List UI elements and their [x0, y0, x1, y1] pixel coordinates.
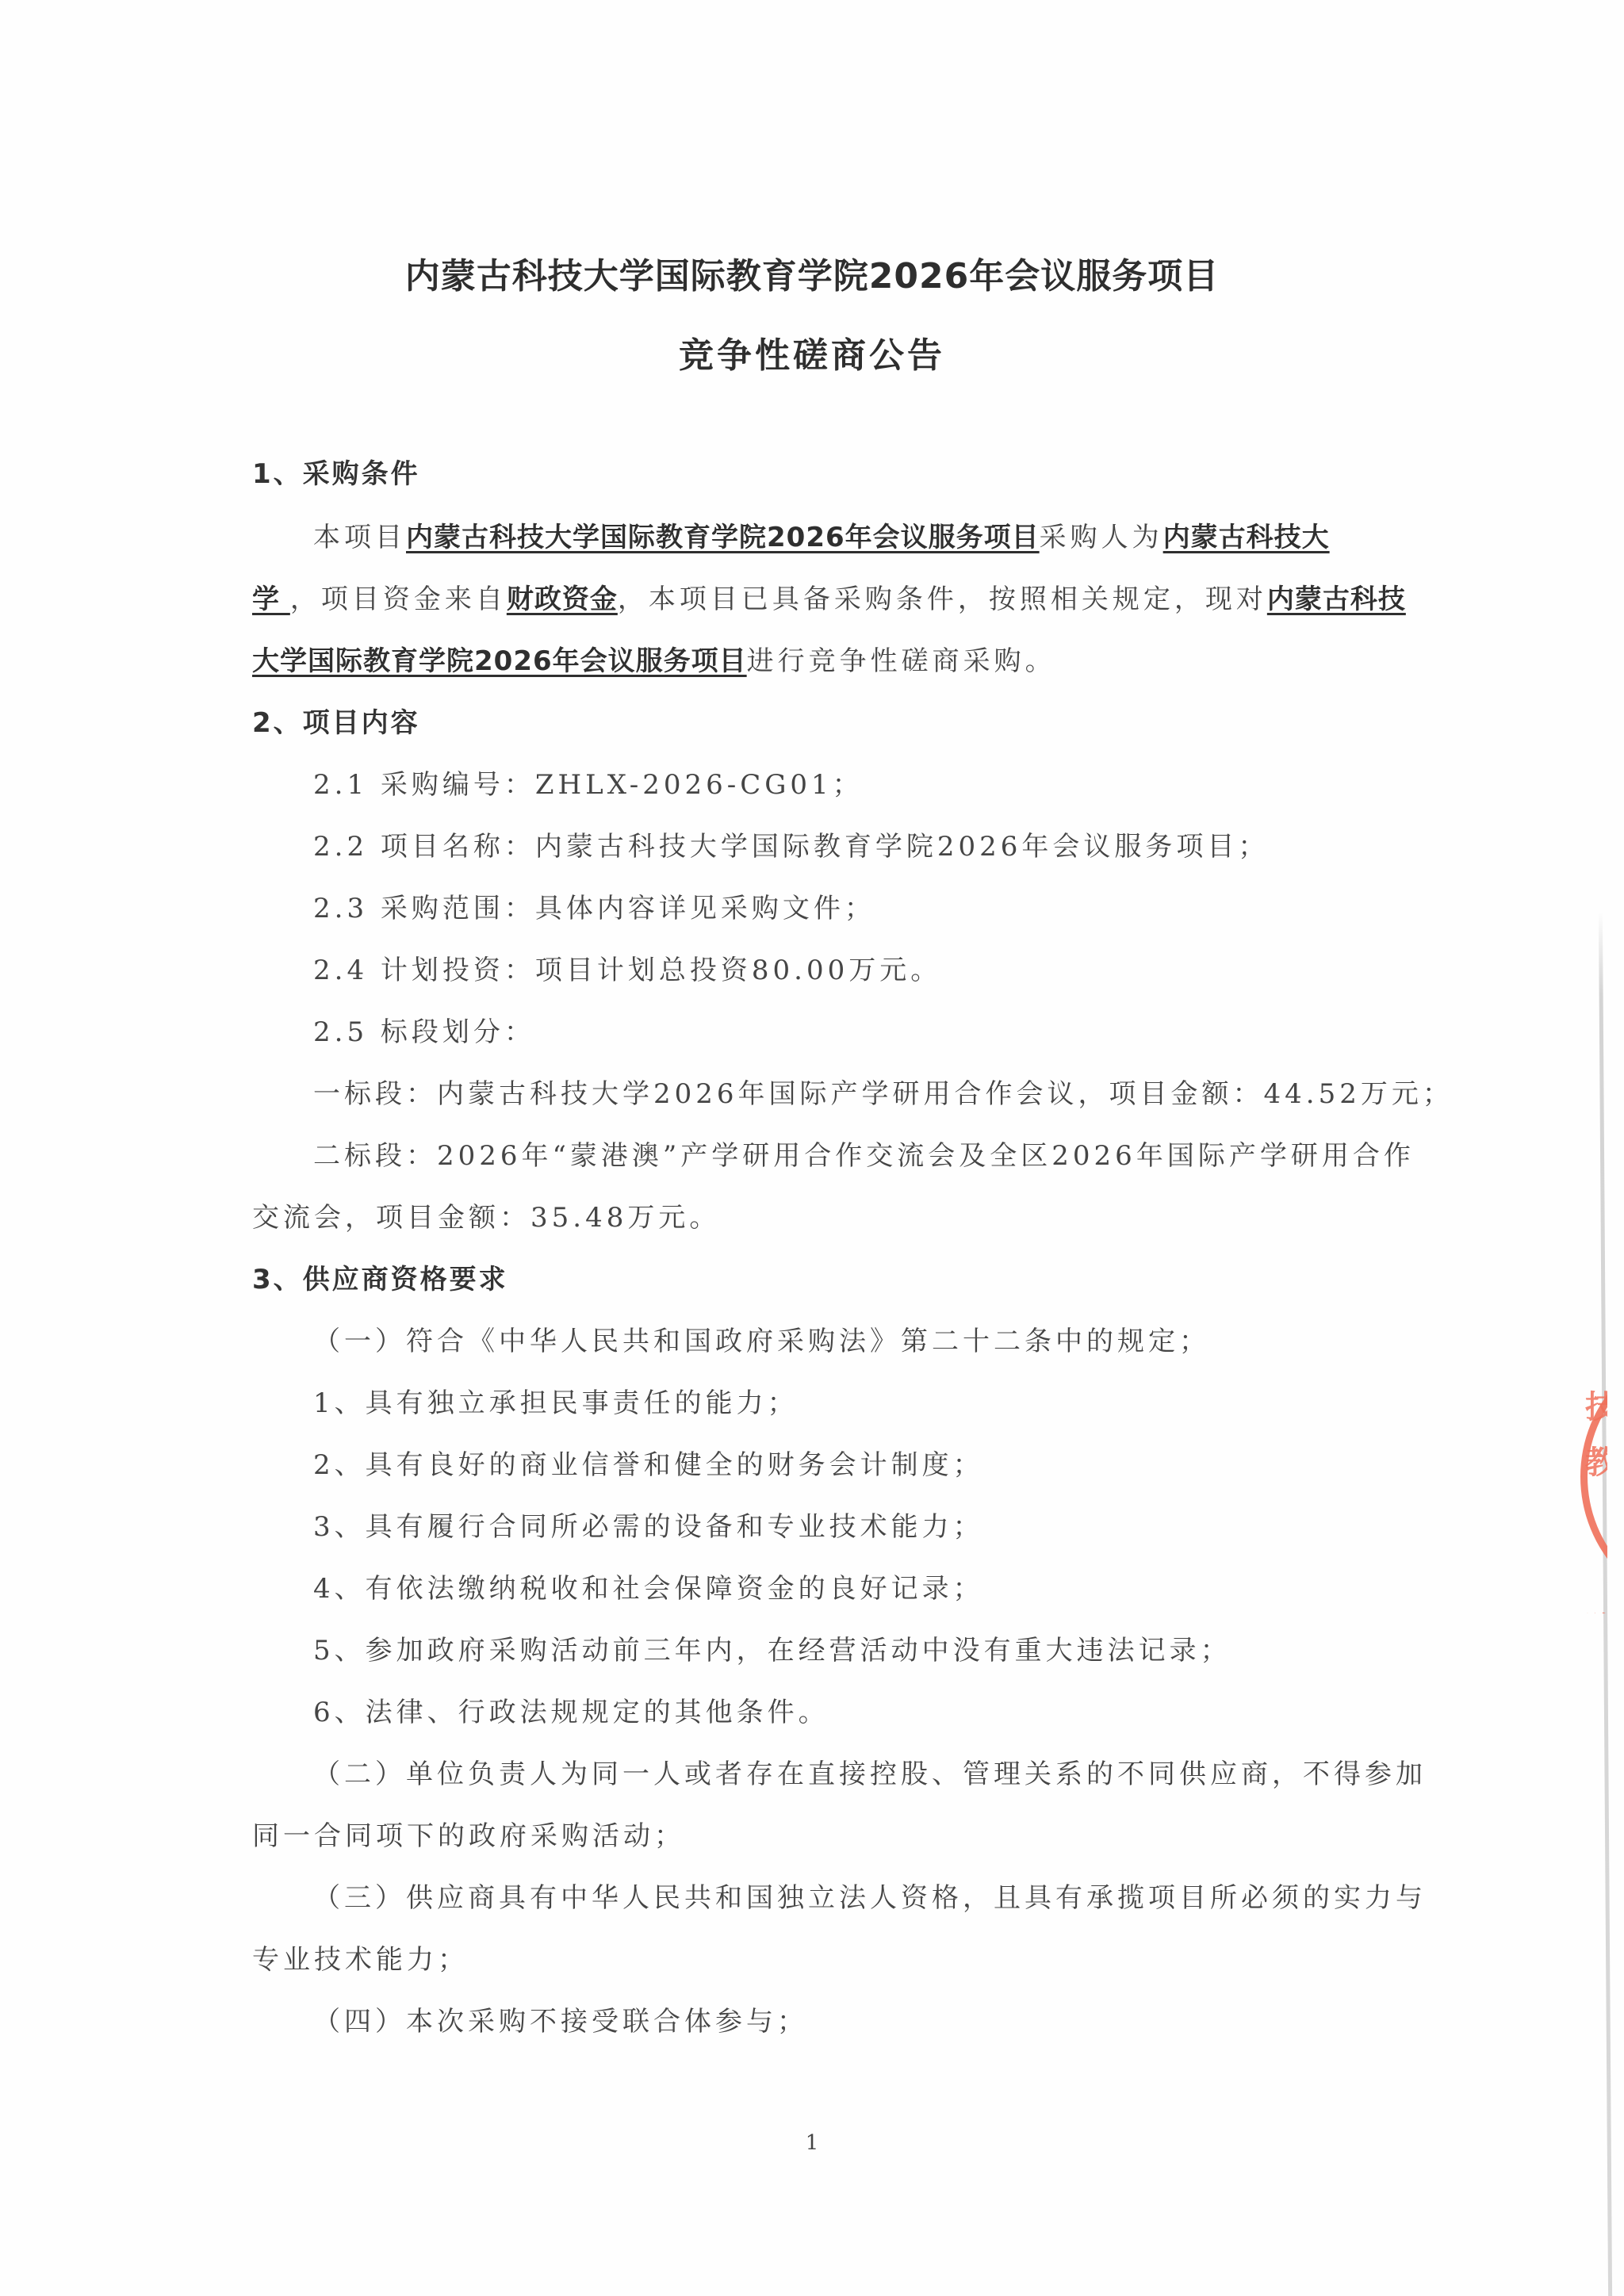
section1-para-line2: 学 ，项目资金来自财政资金，本项目已具备采购条件，按照相关规定，现对内蒙古科技 — [252, 582, 1457, 617]
page-number: 1 — [0, 2131, 1624, 2155]
underlined-fund-source: 财政资金 — [507, 584, 618, 615]
text-segment: 采购人为 — [1040, 522, 1163, 553]
sub-item-1: 1、具有独立承担民事责任的能力； — [313, 1386, 1519, 1421]
requirement-3-line1: （三）供应商具有中华人民共和国独立法人资格，且具有承揽项目所必须的实力与 — [313, 1881, 1519, 1915]
section1-para-line1: 本项目内蒙古科技大学国际教育学院2026年会议服务项目采购人为内蒙古科技大 — [313, 520, 1457, 555]
underlined-project-name: 内蒙古科技 — [1267, 584, 1406, 615]
lot-2-line2: 交流会，项目金额：35.48万元。 — [252, 1200, 1457, 1235]
text-segment: 本项目 — [313, 522, 406, 553]
lot-1: 一标段：内蒙古科技大学2026年国际产学研用合作会议，项目金额：44.52万元； — [313, 1077, 1519, 1112]
document-title-line1: 内蒙古科技大学国际教育学院2026年会议服务项目 — [0, 247, 1624, 298]
section2-heading: 2、项目内容 — [252, 706, 1457, 740]
lot-2-line1: 二标段：2026年“蒙港澳”产学研用合作交流会及全区2026年国际产学研用合作 — [313, 1138, 1519, 1173]
item-2-2: 2.2 项目名称：内蒙古科技大学国际教育学院2026年会议服务项目； — [313, 829, 1519, 864]
sub-item-6: 6、法律、行政法规规定的其他条件。 — [313, 1695, 1519, 1730]
underlined-purchaser-name: 学 — [252, 584, 290, 615]
text-segment: 进行竞争性磋商采购。 — [747, 645, 1056, 677]
requirement-2-line1: （二）单位负责人为同一人或者存在直接控股、管理关系的不同供应商，不得参加 — [313, 1757, 1519, 1792]
item-2-1: 2.1 采购编号：ZHLX-2026-CG01； — [313, 767, 1519, 802]
sub-item-3: 3、具有履行合同所必需的设备和专业技术能力； — [313, 1510, 1519, 1544]
text-segment: ，项目资金来自 — [290, 584, 507, 615]
sub-item-5: 5、参加政府采购活动前三年内，在经营活动中没有重大违法记录； — [313, 1633, 1519, 1668]
requirement-4: （四）本次采购不接受联合体参与； — [313, 2004, 1519, 2039]
sub-item-4: 4、有依法缴纳税收和社会保障资金的良好记录； — [313, 1571, 1519, 1606]
underlined-purchaser-name: 内蒙古科技大 — [1163, 522, 1330, 553]
document-page: 内蒙古科技大学国际教育学院2026年会议服务项目 竞争性磋商公告 1、采购条件 … — [0, 0, 1624, 2296]
requirement-1: （一）符合《中华人民共和国政府采购法》第二十二条中的规定； — [313, 1324, 1519, 1359]
item-2-4: 2.4 计划投资：项目计划总投资80.00万元。 — [313, 953, 1519, 988]
underlined-project-name: 大学国际教育学院2026年会议服务项目 — [252, 645, 747, 677]
section1-heading: 1、采购条件 — [252, 457, 1457, 492]
section3-heading: 3、供应商资格要求 — [252, 1262, 1457, 1297]
stamp-text: 技教 院 — [1585, 1380, 1607, 1613]
underlined-project-name: 内蒙古科技大学国际教育学院2026年会议服务项目 — [406, 522, 1040, 553]
text-segment: ，本项目已具备采购条件，按照相关规定，现对 — [618, 584, 1267, 615]
sub-item-2: 2、具有良好的商业信誉和健全的财务会计制度； — [313, 1448, 1519, 1483]
item-2-5: 2.5 标段划分： — [313, 1015, 1519, 1050]
requirement-2-line2: 同一合同项下的政府采购活动； — [252, 1819, 1457, 1854]
requirement-3-line2: 专业技术能力； — [252, 1942, 1457, 1977]
item-2-3: 2.3 采购范围：具体内容详见采购文件； — [313, 891, 1519, 926]
red-seal-stamp: 技教 院 — [1580, 1340, 1607, 1613]
section1-para-line3: 大学国际教育学院2026年会议服务项目进行竞争性磋商采购。 — [252, 644, 1457, 679]
document-title-line2: 竞争性磋商公告 — [0, 327, 1624, 377]
